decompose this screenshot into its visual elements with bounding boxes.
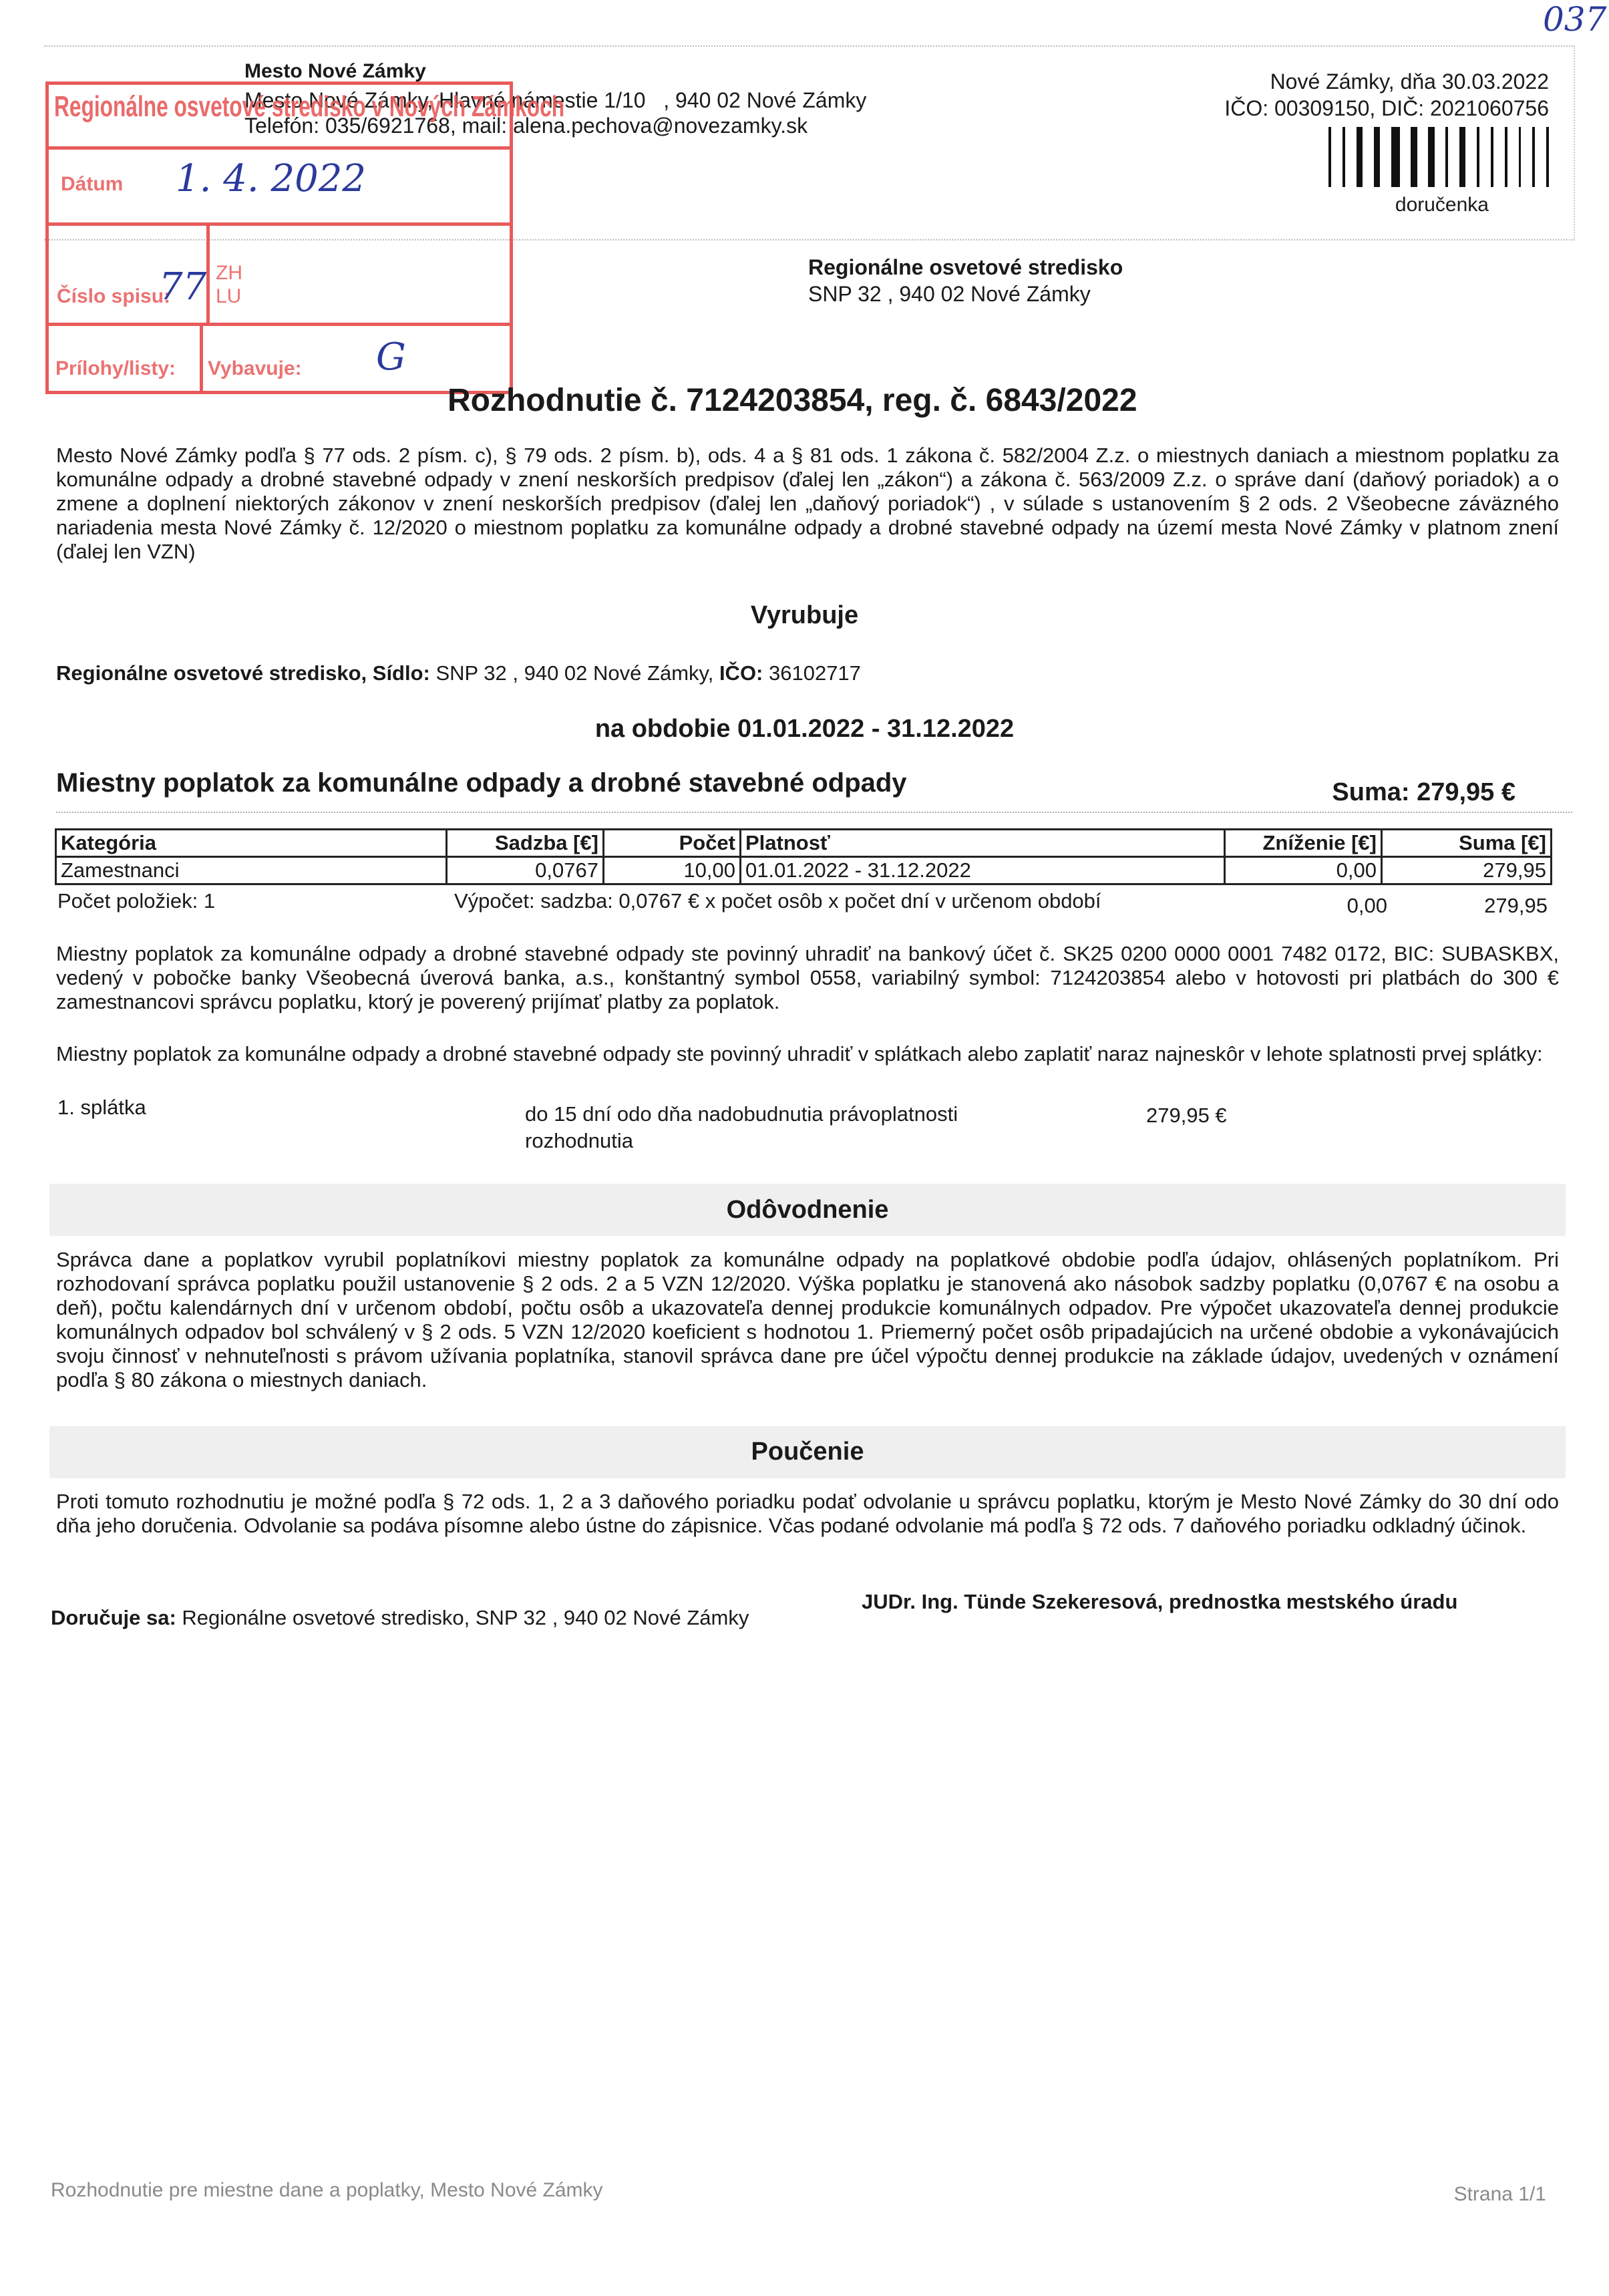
stamp-divider <box>200 326 203 393</box>
installment-due: do 15 dní odo dňa nadobudnutia právoplat… <box>525 1101 1033 1154</box>
table-total-reduction: 0,00 <box>1347 894 1387 918</box>
col-rate: Sadzba [€] <box>447 830 604 857</box>
payer-ico-value: 36102717 <box>763 661 861 685</box>
fee-sum: Suma: 279,95 € <box>1332 778 1515 807</box>
stamp-file-label: Číslo spisu: <box>57 285 170 308</box>
stamp-file-value: 77 <box>159 265 206 309</box>
stamp-divider <box>206 226 210 326</box>
delivery-value: Regionálne osvetové stredisko, SNP 32 , … <box>176 1606 749 1629</box>
cell-rate: 0,0767 <box>447 857 604 884</box>
registry-stamp: Regionálne osvetové stredisko v Nových Z… <box>45 81 513 394</box>
stamp-file-code-1: ZH <box>216 262 242 285</box>
issuer-name: Mesto Nové Zámky <box>244 60 426 83</box>
cell-reduction: 0,00 <box>1225 857 1382 884</box>
installment-paragraph: Miestny poplatok za komunálne odpady a d… <box>56 1042 1559 1066</box>
footer-left: Rozhodnutie pre miestne dane a poplatky,… <box>51 2179 603 2202</box>
col-count: Počet <box>604 830 741 857</box>
stamp-file-code-2: LU <box>216 285 241 308</box>
table-item-count: Počet položiek: 1 <box>57 889 215 913</box>
cell-count: 10,00 <box>604 857 741 884</box>
col-sum: Suma [€] <box>1382 830 1552 857</box>
instruction-text: Proti tomuto rozhodnutiu je možné podľa … <box>56 1490 1559 1538</box>
barcode-label: doručenka <box>1395 194 1489 216</box>
page-number-handwritten: 037 <box>1543 0 1606 39</box>
col-category: Kategória <box>56 830 447 857</box>
page-counter: Strana 1/1 <box>1454 2183 1546 2206</box>
stamp-handled-label: Vybavuje: <box>208 357 302 380</box>
period-heading: na obdobie 01.01.2022 - 31.12.2022 <box>0 715 1609 744</box>
cell-category: Zamestnanci <box>56 857 447 884</box>
company-ids: IČO: 00309150, DIČ: 2021060756 <box>1224 95 1549 122</box>
fee-title: Miestny poplatok za komunálne odpady a d… <box>56 768 907 798</box>
signature: JUDr. Ing. Tünde Szekeresová, prednostka… <box>862 1590 1457 1614</box>
table-row: Zamestnanci 0,0767 10,00 01.01.2022 - 31… <box>56 857 1552 884</box>
delivery-line: Doručuje sa: Regionálne osvetové stredis… <box>51 1606 749 1630</box>
recipient-block: Regionálne osvetové stredisko SNP 32 , 9… <box>808 254 1123 307</box>
col-reduction: Zníženie [€] <box>1225 830 1382 857</box>
stamp-divider <box>49 323 510 326</box>
divider <box>56 812 1572 813</box>
stamp-handled-value: G <box>376 335 406 379</box>
stamp-title: Regionálne osvetové stredisko v Nových Z… <box>54 90 564 124</box>
payer-ico-label: IČO: <box>719 661 763 685</box>
recipient-name: Regionálne osvetové stredisko <box>808 254 1123 281</box>
installment-amount: 279,95 € <box>1146 1104 1227 1128</box>
place-date: Nové Zámky, dňa 30.03.2022 <box>1224 68 1549 95</box>
header-right-info: Nové Zámky, dňa 30.03.2022 IČO: 00309150… <box>1224 68 1549 122</box>
payer-address: SNP 32 , 940 02 Nové Zámky, <box>430 661 719 685</box>
payer-line: Regionálne osvetové stredisko, Sídlo: SN… <box>56 661 861 685</box>
table-calc-formula: Výpočet: sadzba: 0,0767 € x počet osôb x… <box>454 889 1101 913</box>
fee-table: Kategória Sadzba [€] Počet Platnosť Zníž… <box>55 828 1552 885</box>
assess-heading: Vyrubuje <box>0 601 1609 630</box>
stamp-divider <box>49 222 510 226</box>
justification-text: Správca dane a poplatkov vyrubil poplatn… <box>56 1248 1559 1392</box>
instruction-heading: Poučenie <box>49 1438 1566 1466</box>
recipient-address: SNP 32 , 940 02 Nové Zámky <box>808 281 1123 307</box>
barcode-icon <box>1328 127 1549 187</box>
cell-validity: 01.01.2022 - 31.12.2022 <box>741 857 1225 884</box>
intro-paragraph: Mesto Nové Zámky podľa § 77 ods. 2 písm.… <box>56 444 1559 564</box>
installment-label: 1. splátka <box>57 1096 146 1120</box>
cell-sum: 279,95 <box>1382 857 1552 884</box>
stamp-date-label: Dátum <box>61 173 123 196</box>
stamp-divider <box>49 146 510 150</box>
stamp-attachments-label: Prílohy/listy: <box>55 357 176 380</box>
payment-paragraph: Miestny poplatok za komunálne odpady a d… <box>56 942 1559 1014</box>
payer-name-label: Regionálne osvetové stredisko, Sídlo: <box>56 661 430 685</box>
col-validity: Platnosť <box>741 830 1225 857</box>
delivery-label: Doručuje sa: <box>51 1606 176 1629</box>
justification-heading: Odôvodnenie <box>49 1196 1566 1224</box>
stamp-date-value: 1. 4. 2022 <box>176 157 366 200</box>
table-total-sum: 279,95 <box>1484 894 1548 918</box>
decision-title: Rozhodnutie č. 7124203854, reg. č. 6843/… <box>448 382 1137 419</box>
table-header-row: Kategória Sadzba [€] Počet Platnosť Zníž… <box>56 830 1552 857</box>
